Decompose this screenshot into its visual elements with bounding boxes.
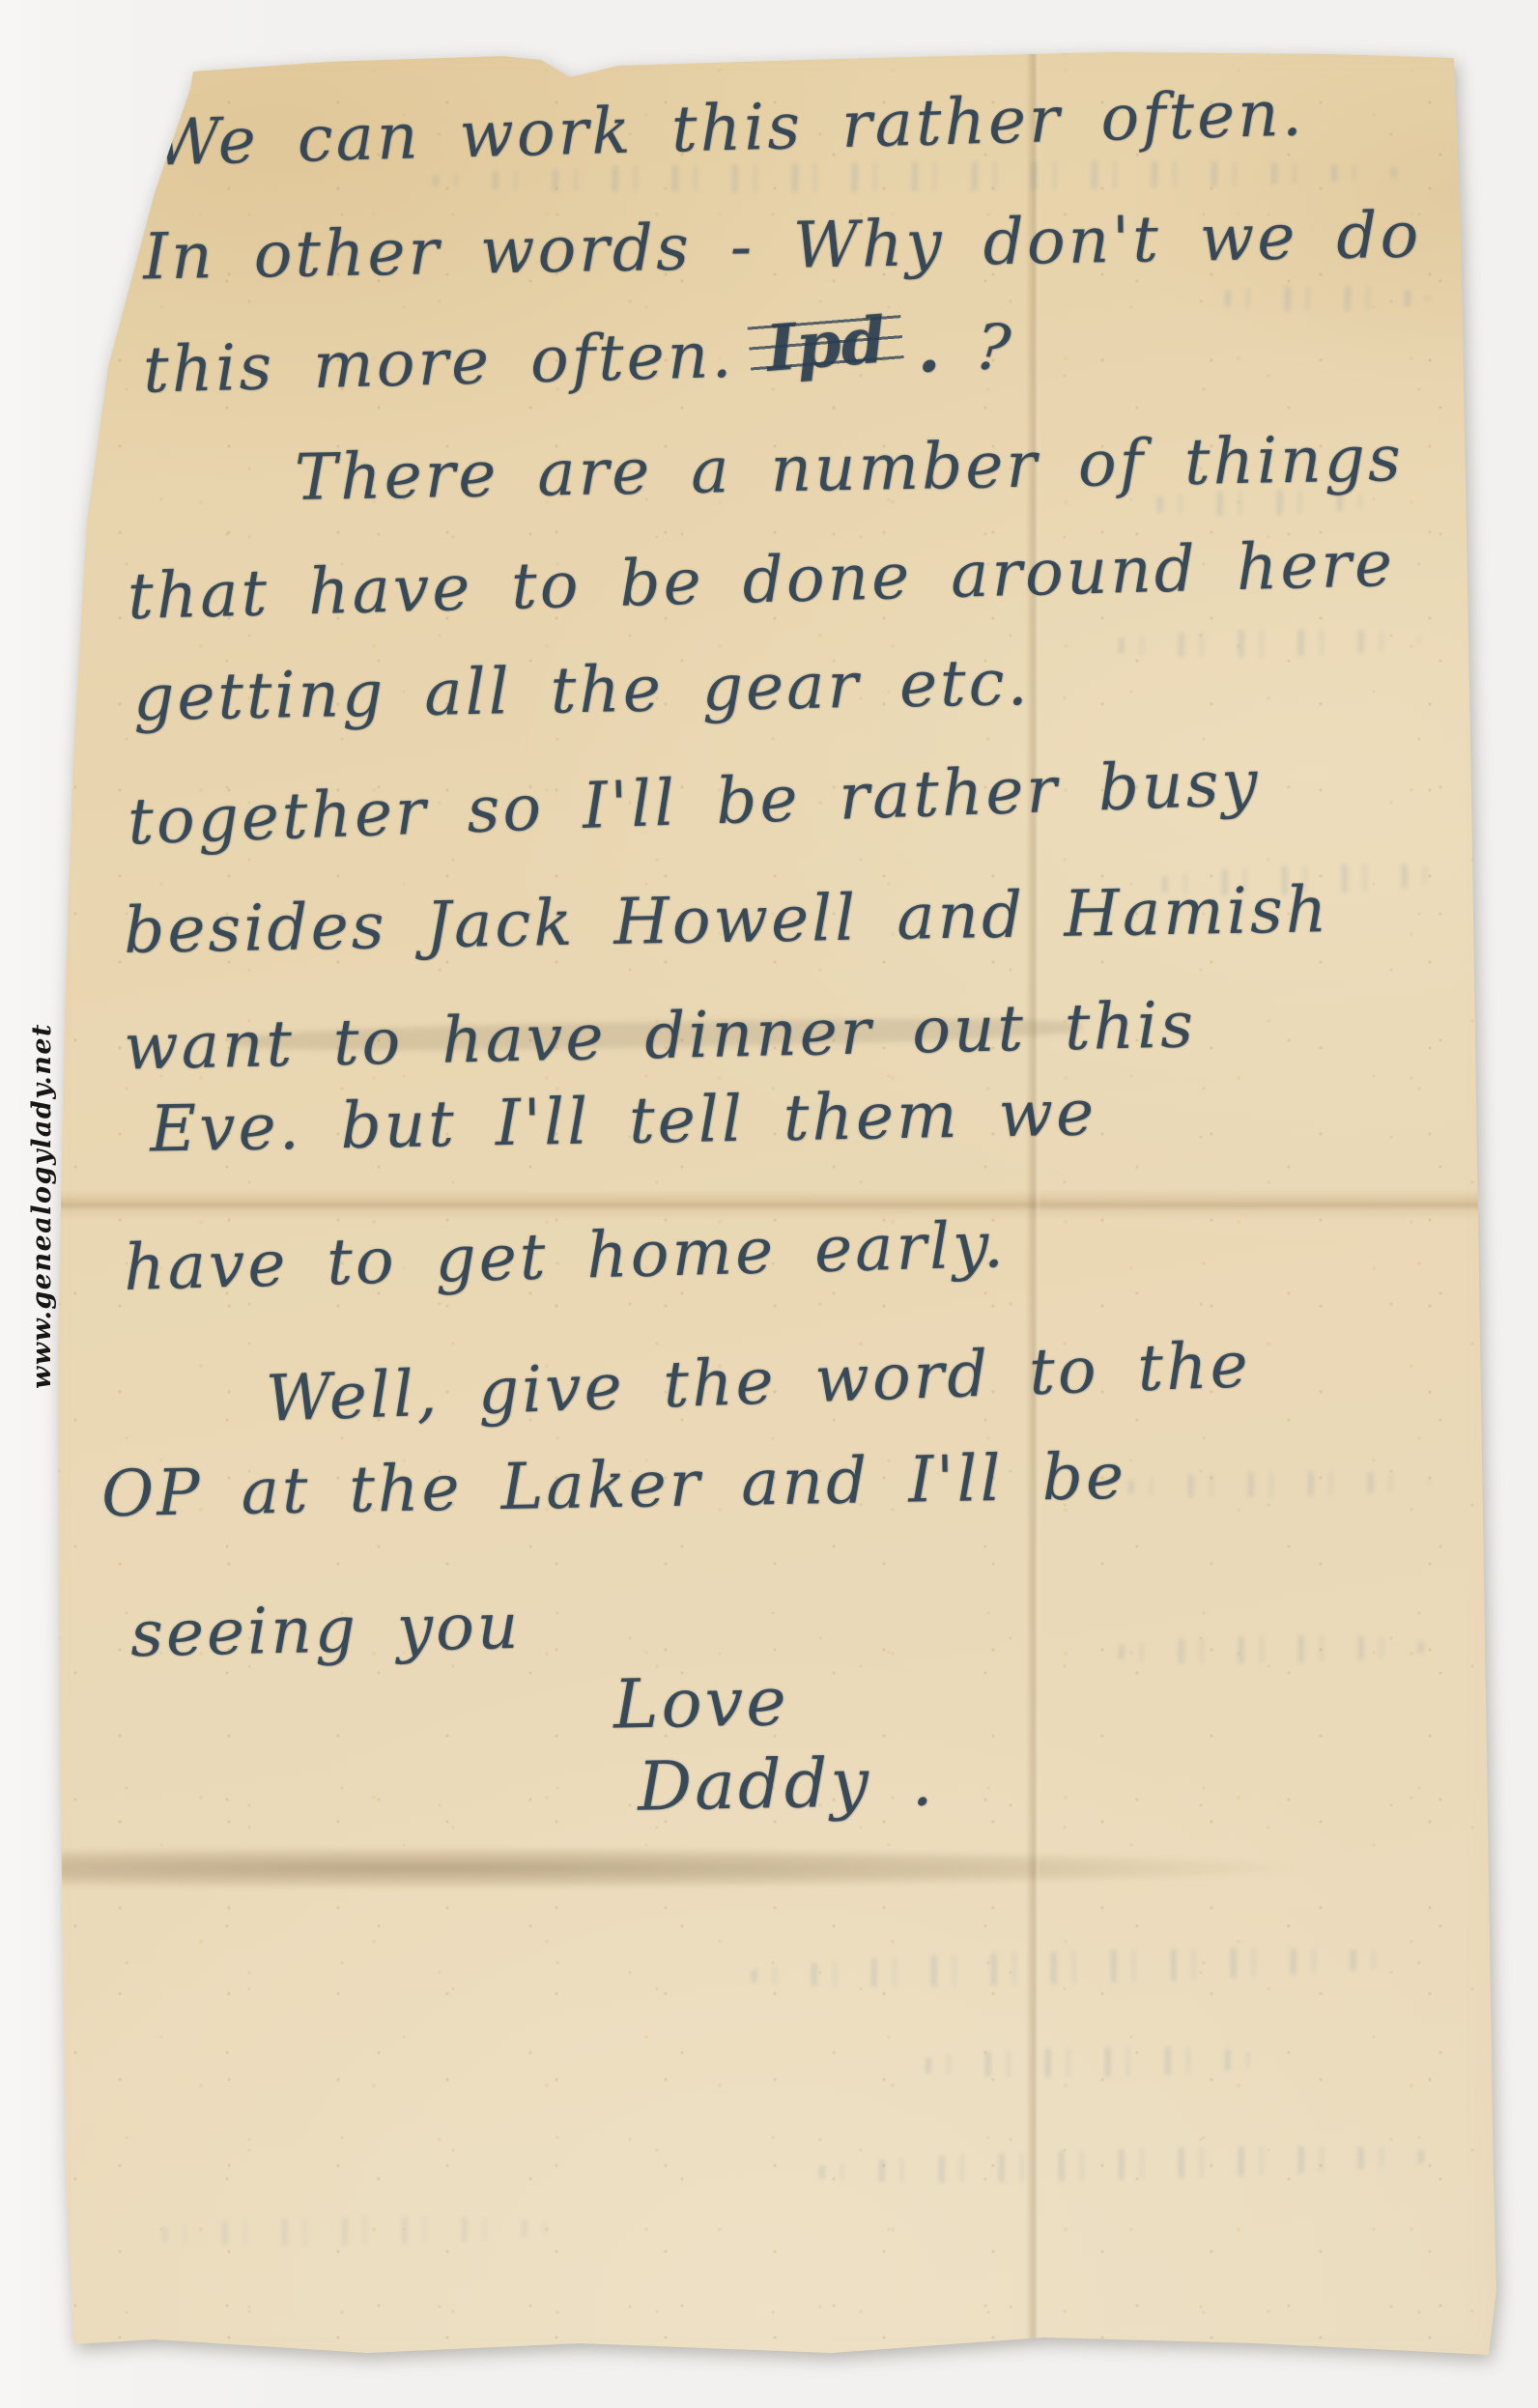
letter-line: seeing you [129, 1595, 522, 1666]
period-mark: . [916, 309, 944, 388]
letter-line-text: this more often. [142, 318, 735, 408]
letter-paper-wrapper: We can work this rather often. In other … [0, 0, 1538, 2408]
letter-line: There are a number of things [295, 427, 1405, 510]
scan-background: We can work this rather often. In other … [0, 0, 1538, 2408]
ink-bleedthrough-mark [1208, 286, 1430, 311]
letter-paper: We can work this rather often. In other … [0, 0, 1538, 2408]
letter-line: Eve. but I'll tell them we [149, 1081, 1097, 1161]
crossed-out-scribble: Ipd [747, 306, 905, 382]
letter-valediction: Love [612, 1667, 789, 1738]
letter-signature: Daddy . [637, 1747, 936, 1820]
watermark: www.genealogylady.net [29, 974, 73, 1389]
question-mark: ? [973, 315, 1016, 382]
letter-line: getting all the gear etc. [132, 651, 1031, 730]
letter-line: OP at the Laker and I'll be [101, 1445, 1127, 1527]
